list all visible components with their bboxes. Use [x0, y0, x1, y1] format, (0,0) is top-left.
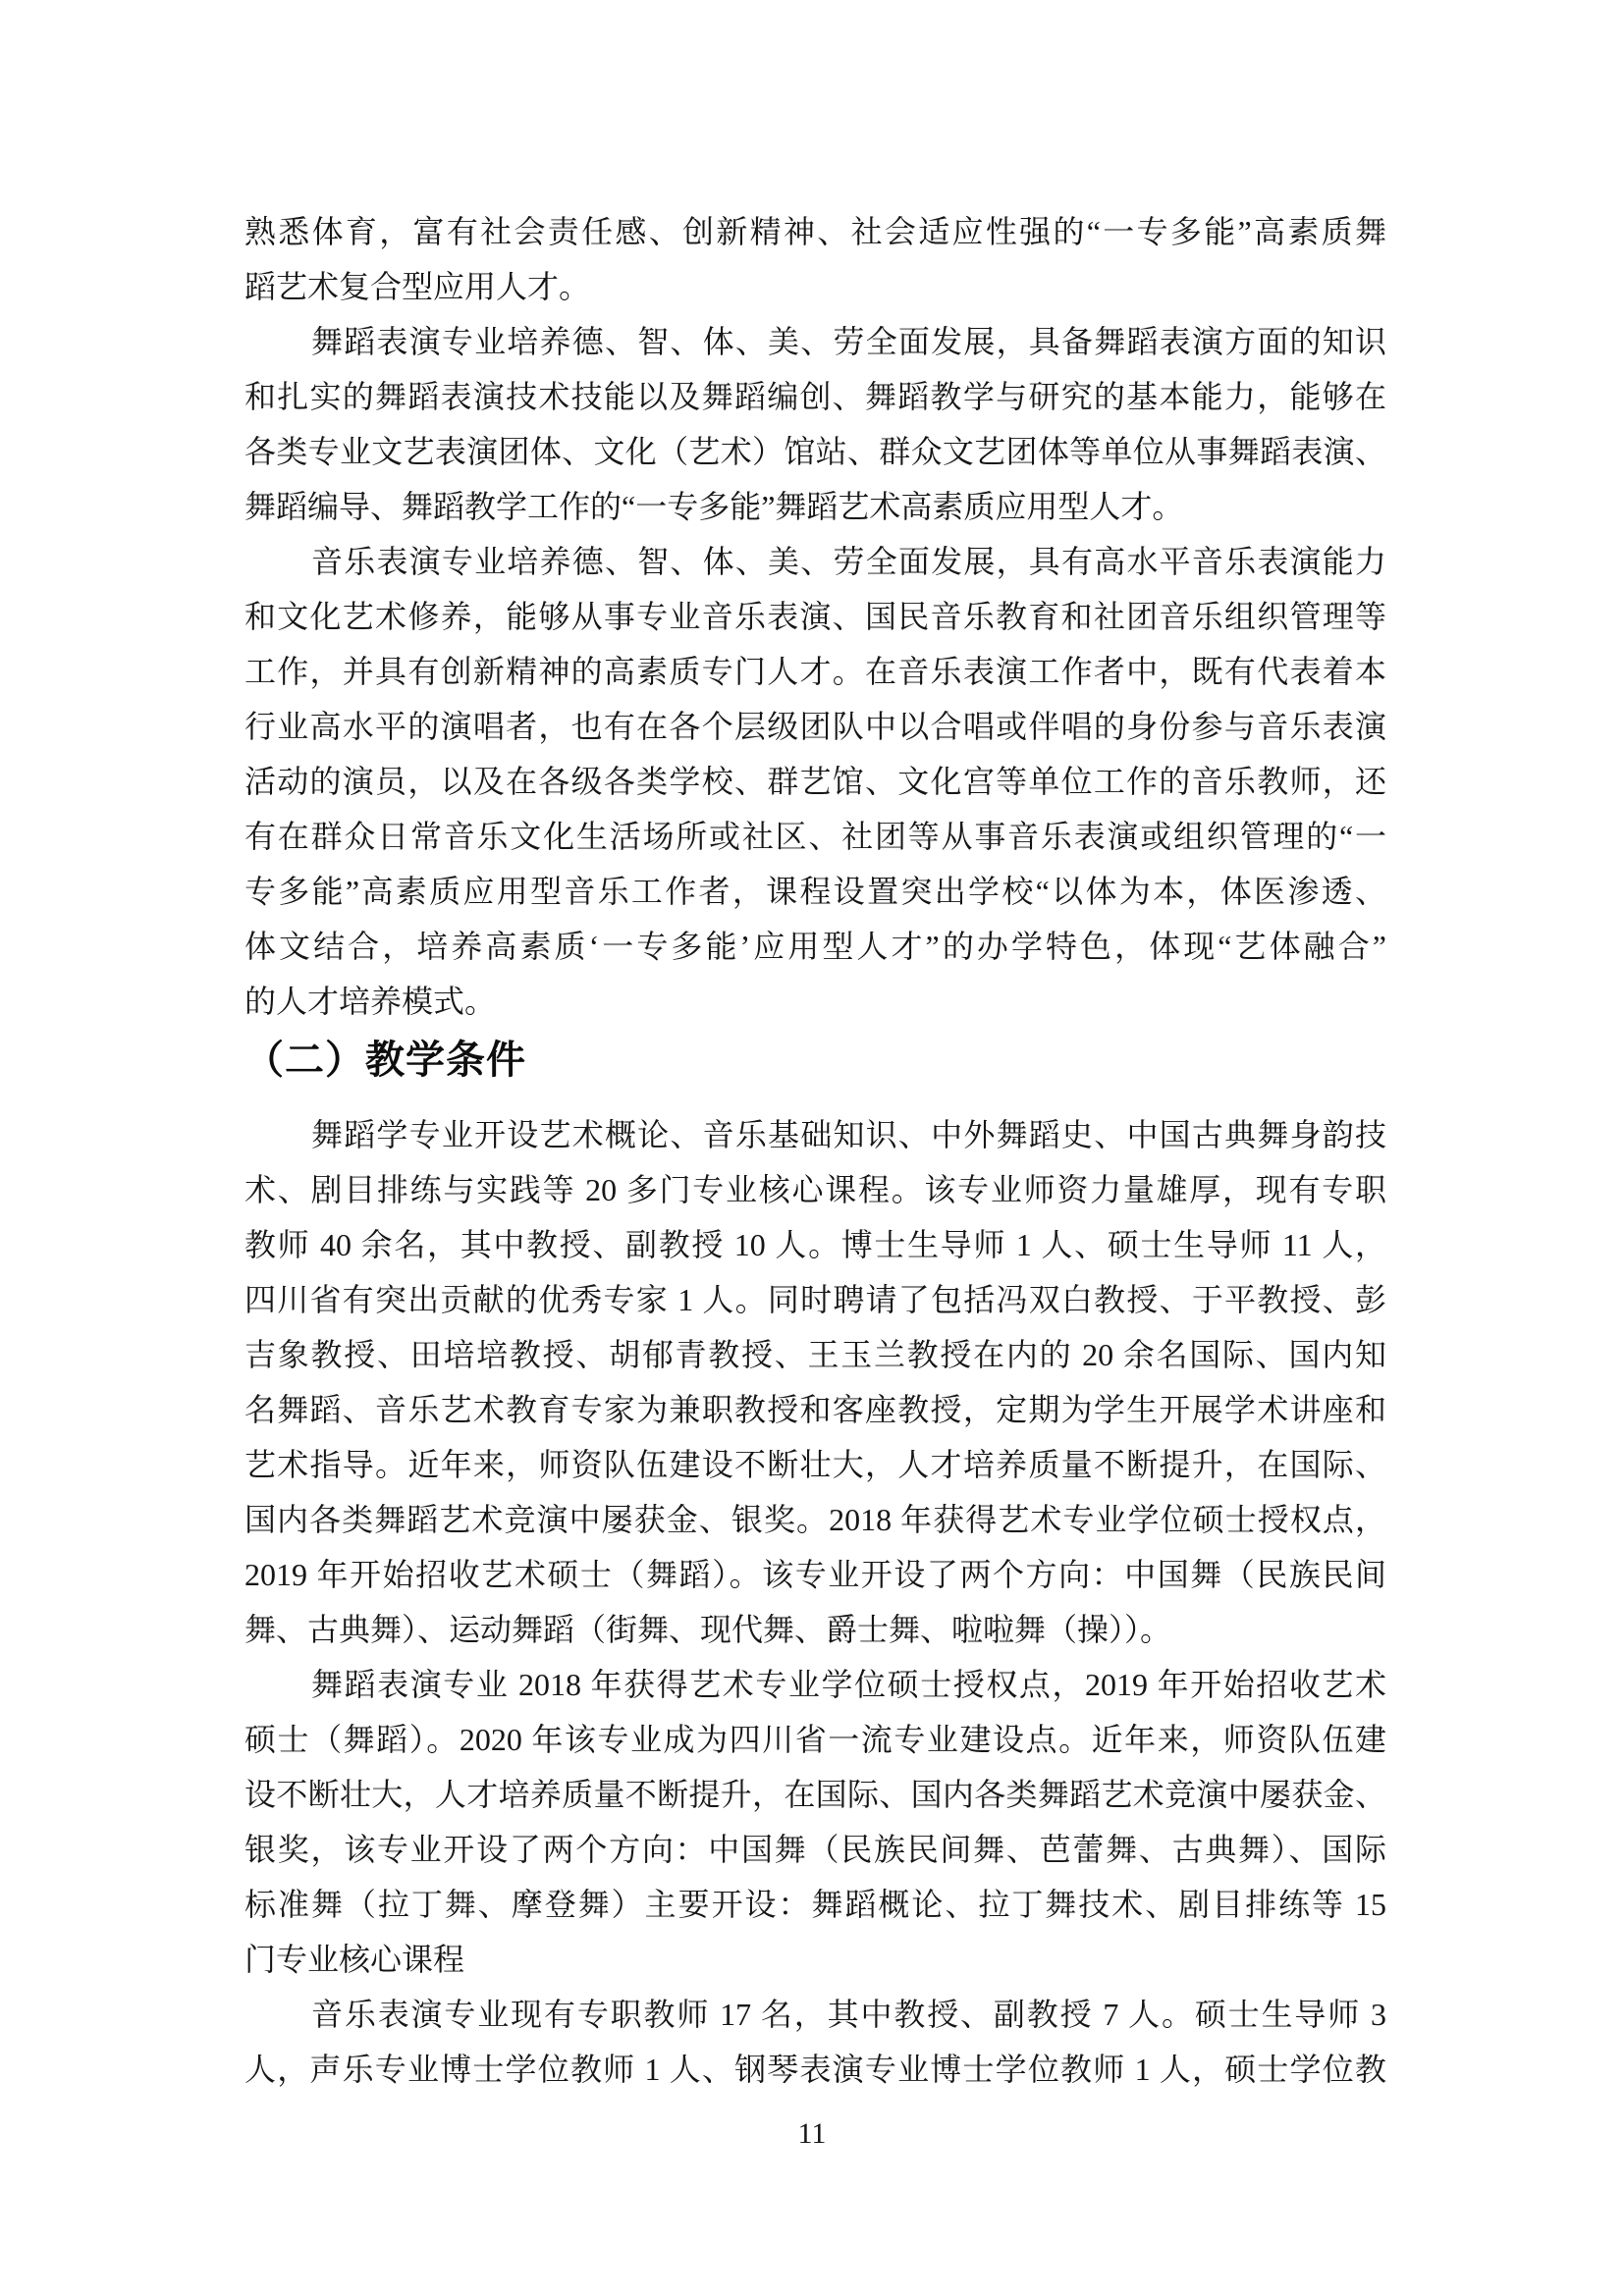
text-line: 术、剧目排练与实践等 20 多门专业核心课程。该专业师资力量雄厚，现有专职 [244, 1162, 1386, 1217]
text-line: 行业高水平的演唱者，也有在各个层级团队中以合唱或伴唱的身份参与音乐表演 [244, 699, 1386, 754]
text-line: 活动的演员，以及在各级各类学校、群艺馆、文化宫等单位工作的音乐教师，还 [244, 754, 1386, 809]
section-heading: （二）教学条件 [244, 1029, 1386, 1092]
text-line: 舞、古典舞）、运动舞蹈（街舞、现代舞、爵士舞、啦啦舞（操））。 [244, 1602, 1386, 1657]
text-line: 体文结合，培养高素质‘一专多能’应用型人才”的办学特色，体现“艺体融合” [244, 919, 1386, 974]
text-line: 国内各类舞蹈艺术竞演中屡获金、银奖。2018 年获得艺术专业学位硕士授权点， [244, 1492, 1386, 1547]
text-line: 吉象教授、田培培教授、胡郁青教授、王玉兰教授在内的 20 余名国际、国内知 [244, 1327, 1386, 1382]
text-line: 舞蹈表演专业 2018 年获得艺术专业学位硕士授权点，2019 年开始招收艺术 [244, 1657, 1386, 1712]
text-line: 硕士（舞蹈）。2020 年该专业成为四川省一流专业建设点。近年来，师资队伍建 [244, 1712, 1386, 1767]
page-footer: 11 [0, 2116, 1624, 2152]
text-line: 门专业核心课程 [244, 1932, 1386, 1987]
text-line: 有在群众日常音乐文化生活场所或社区、社团等从事音乐表演或组织管理的“一 [244, 809, 1386, 864]
text-line: 和扎实的舞蹈表演技术技能以及舞蹈编创、舞蹈教学与研究的基本能力，能够在 [244, 369, 1386, 424]
text-line: 名舞蹈、音乐艺术教育专家为兼职教授和客座教授，定期为学生开展学术讲座和 [244, 1382, 1386, 1437]
text-line: 教师 40 余名，其中教授、副教授 10 人。博士生导师 1 人、硕士生导师 1… [244, 1217, 1386, 1272]
text-line: 音乐表演专业现有专职教师 17 名，其中教授、副教授 7 人。硕士生导师 3 [244, 1987, 1386, 2042]
text-line: 的人才培养模式。 [244, 974, 1386, 1029]
text-line: 各类专业文艺表演团体、文化（艺术）馆站、群众文艺团体等单位从事舞蹈表演、 [244, 424, 1386, 479]
text-line: 2019 年开始招收艺术硕士（舞蹈）。该专业开设了两个方向：中国舞（民族民间 [244, 1547, 1386, 1602]
text-line: 和文化艺术修养，能够从事专业音乐表演、国民音乐教育和社团音乐组织管理等 [244, 589, 1386, 644]
document-body: 熟悉体育，富有社会责任感、创新精神、社会适应性强的“一专多能”高素质舞蹈艺术复合… [244, 204, 1386, 2097]
text-line: 舞蹈编导、舞蹈教学工作的“一专多能”舞蹈艺术高素质应用型人才。 [244, 479, 1386, 534]
text-line: 专多能”高素质应用型音乐工作者，课程设置突出学校“以体为本，体医渗透、 [244, 864, 1386, 919]
document-page: 熟悉体育，富有社会责任感、创新精神、社会适应性强的“一专多能”高素质舞蹈艺术复合… [0, 0, 1624, 2296]
text-line: 蹈艺术复合型应用人才。 [244, 259, 1386, 314]
text-line: 人，声乐专业博士学位教师 1 人、钢琴表演专业博士学位教师 1 人，硕士学位教 [244, 2042, 1386, 2097]
text-line: 银奖，该专业开设了两个方向：中国舞（民族民间舞、芭蕾舞、古典舞）、国际 [244, 1822, 1386, 1877]
page-number: 11 [798, 2117, 827, 2150]
text-line: 艺术指导。近年来，师资队伍建设不断壮大，人才培养质量不断提升，在国际、 [244, 1437, 1386, 1492]
text-line: 标准舞（拉丁舞、摩登舞）主要开设：舞蹈概论、拉丁舞技术、剧目排练等 15 [244, 1877, 1386, 1932]
text-line: 设不断壮大，人才培养质量不断提升，在国际、国内各类舞蹈艺术竞演中屡获金、 [244, 1767, 1386, 1822]
text-line: 熟悉体育，富有社会责任感、创新精神、社会适应性强的“一专多能”高素质舞 [244, 204, 1386, 259]
text-line: 舞蹈学专业开设艺术概论、音乐基础知识、中外舞蹈史、中国古典舞身韵技 [244, 1107, 1386, 1162]
text-line: 工作，并具有创新精神的高素质专门人才。在音乐表演工作者中，既有代表着本 [244, 644, 1386, 699]
text-line: 音乐表演专业培养德、智、体、美、劳全面发展，具有高水平音乐表演能力 [244, 534, 1386, 589]
text-block-lower: 舞蹈学专业开设艺术概论、音乐基础知识、中外舞蹈史、中国古典舞身韵技术、剧目排练与… [244, 1107, 1386, 2097]
text-line: 舞蹈表演专业培养德、智、体、美、劳全面发展，具备舞蹈表演方面的知识 [244, 314, 1386, 369]
text-line: 四川省有突出贡献的优秀专家 1 人。同时聘请了包括冯双白教授、于平教授、彭 [244, 1272, 1386, 1327]
text-block-upper: 熟悉体育，富有社会责任感、创新精神、社会适应性强的“一专多能”高素质舞蹈艺术复合… [244, 204, 1386, 1029]
